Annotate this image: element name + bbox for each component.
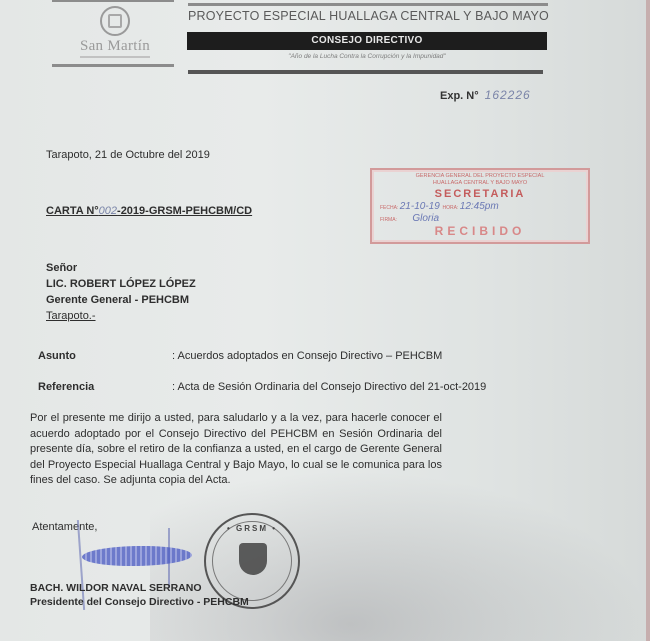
stamp-sign-value: Gloria [412, 213, 439, 224]
coat-of-arms-icon [239, 543, 267, 575]
recipient-city: Tarapoto.- [46, 310, 96, 322]
reception-stamp: GERENCIA GENERAL DEL PROYECTO ESPECIAL H… [370, 168, 590, 244]
signer-name: BACH. WILDOR NAVAL SERRANO [30, 582, 202, 594]
stamp-line1: GERENCIA GENERAL DEL PROYECTO ESPECIAL [372, 173, 588, 180]
subject-value: : Acuerdos adoptados en Consejo Directiv… [172, 350, 442, 362]
project-title: PROYECTO ESPECIAL HUALLAGA CENTRAL Y BAJ… [188, 9, 549, 23]
logo-underline [80, 56, 150, 58]
carta-number: 002 [99, 205, 117, 217]
header-rule [52, 0, 174, 2]
signer-title: Presidente del Consejo Directivo - PEHCB… [30, 596, 249, 608]
stamp-title: SECRETARIA [372, 188, 588, 200]
stamp-date-value: 21-10-19 [400, 201, 440, 212]
recipient-position: Gerente General - PEHCBM [46, 294, 189, 306]
council-bar: CONSEJO DIRECTIVO [187, 32, 547, 50]
stamp-time-value: 12:45pm [460, 201, 499, 212]
official-seal: • GRSM • [204, 513, 300, 609]
logo-text: San Martín [55, 38, 175, 55]
reference-label: Referencia [38, 381, 94, 393]
closing: Atentamente, [32, 521, 97, 533]
reference-value: : Acta de Sesión Ordinaria del Consejo D… [172, 381, 486, 393]
header-rule [188, 70, 543, 74]
seal-top-text: • GRSM • [206, 524, 298, 533]
carta-reference: CARTA N°002-2019-GRSM-PEHCBM/CD [46, 205, 252, 217]
expediente-label: Exp. N° [440, 90, 479, 102]
header-rule [188, 3, 548, 6]
place-date: Tarapoto, 21 de Octubre del 2019 [46, 149, 210, 161]
stamp-received: RECIBIDO [372, 224, 588, 238]
stamp-signature-row: FIRMA: Gloria [372, 213, 588, 224]
letter-page: San Martín PROYECTO ESPECIAL HUALLAGA CE… [0, 0, 650, 641]
recipient-salutation: Señor [46, 262, 77, 274]
recipient-name: LIC. ROBERT LÓPEZ LÓPEZ [46, 278, 196, 290]
region-logo: San Martín [55, 6, 175, 58]
header-rule [52, 64, 174, 67]
handwritten-signature [82, 545, 192, 567]
subject-label: Asunto [38, 350, 76, 362]
expediente-value: 162226 [485, 88, 531, 102]
carta-prefix: CARTA N° [46, 205, 99, 217]
letter-body: Por el presente me dirijo a usted, para … [30, 411, 442, 489]
stamp-time-label: HORA: [443, 205, 459, 211]
coat-of-arms-icon [100, 6, 130, 36]
stamp-date-label: FECHA: [380, 205, 398, 211]
year-motto: "Año de la Lucha Contra la Corrupción y … [187, 53, 547, 60]
expediente-number: Exp. N°162226 [440, 88, 531, 102]
carta-suffix: -2019-GRSM-PEHCBM/CD [117, 205, 252, 217]
stamp-line2: HUALLAGA CENTRAL Y BAJO MAYO [372, 180, 588, 187]
stamp-sign-label: FIRMA: [380, 217, 397, 223]
stamp-date-row: FECHA: 21-10-19 HORA: 12:45pm [372, 201, 588, 212]
